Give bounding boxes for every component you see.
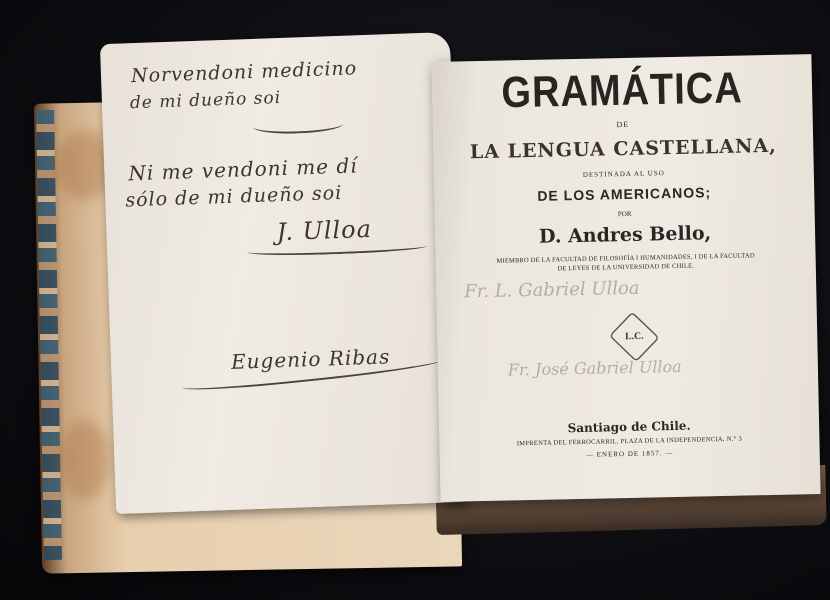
title-page: GRAMÁTICA DE LA LENGUA CASTELLANA, DESTI… bbox=[431, 54, 820, 502]
author-credentials: MIEMBRO DE LA FACULTAD DE FILOSOFÍA I HU… bbox=[456, 250, 796, 275]
ornament-monogram: L.C. bbox=[625, 331, 644, 343]
book-photo: Norvendoni medicino de mi dueño soi Ni m… bbox=[0, 0, 830, 600]
inscription-line: de mi dueño soi bbox=[130, 88, 282, 113]
age-stain bbox=[60, 420, 110, 500]
inscription-line: Ni me vendoni me dí bbox=[128, 153, 358, 185]
book-author: D. Andres Bello, bbox=[435, 220, 815, 250]
inscription-line: sólo de mi dueño soi bbox=[125, 182, 343, 212]
handwritten-owner-name: Fr. L. Gabriel Ulloa bbox=[464, 278, 640, 303]
flourish-mark bbox=[253, 116, 344, 135]
printer-imprint: IMPRENTA DEL FERROCARRIL, PLAZA DE LA IN… bbox=[459, 434, 799, 448]
publication-date: — ENERO DE 1857. — bbox=[440, 446, 820, 462]
title-por: POR bbox=[435, 206, 815, 222]
signature-underline bbox=[247, 241, 427, 257]
inscription-line: Norvendoni medicino bbox=[131, 57, 358, 87]
handwritten-owner-name: Fr. José Gabriel Ulloa bbox=[508, 357, 682, 380]
title-destinada: DESTINADA AL USO bbox=[434, 166, 814, 182]
printer-ornament-icon: L.C. bbox=[609, 312, 660, 362]
title-audience: DE LOS AMERICANOS; bbox=[434, 182, 814, 206]
book-title: GRAMÁTICA bbox=[432, 63, 813, 120]
left-page-flyleaf: Norvendoni medicino de mi dueño soi Ni m… bbox=[100, 32, 466, 514]
signature-ulloa: J. Ulloa bbox=[276, 215, 372, 246]
book-subtitle: LA LENGUA CASTELLANA, bbox=[433, 134, 813, 164]
